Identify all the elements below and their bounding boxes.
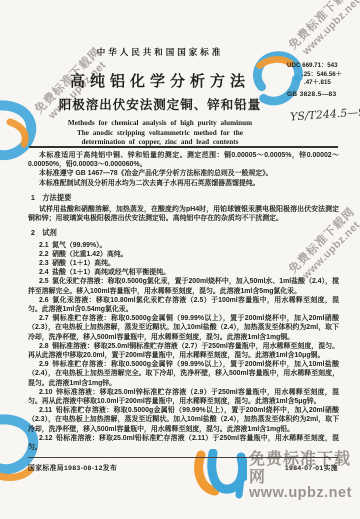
- reagent-number: 2.2: [39, 251, 49, 258]
- footer-divider: [28, 457, 338, 458]
- reagent-number: 2.1: [39, 242, 49, 249]
- reagent-item: 2.12 铅标准溶液：移取25.0ml铅标准贮存溶液（2.11）于250ml容量…: [28, 434, 339, 452]
- section2-heading: 2 试剂: [28, 228, 339, 237]
- title-chinese-line1: 高纯铝化学分析方法: [18, 70, 302, 91]
- footer-effective-date: 1984-07-01实施: [285, 462, 338, 472]
- title-english-line1: Methods for chemical analysis of high pu…: [18, 119, 302, 129]
- reagent-item: 2.9 锌标准贮存溶液：称取0.5000g金属锌（99.99%以上），置于200…: [28, 360, 339, 388]
- reagent-number: 2.11: [39, 407, 52, 414]
- intro-paragraph-scope: 本标准适用于高纯铝中铜、锌和铅量的测定。测定范围：铜0.00005～0.0005…: [28, 151, 339, 169]
- udc-line1: UDC 669.71：543: [287, 62, 359, 71]
- reagent-number: 2.9: [39, 361, 49, 368]
- reagent-item: 2.2 硝酸（比重1.42）高纯。: [28, 250, 339, 259]
- document-body: 本标准适用于高纯铝中铜、锌和铅量的测定。测定范围：铜0.00005～0.0005…: [28, 151, 339, 452]
- footer-watermark-text: 免费标准下载网 www.upbz.net: [249, 451, 360, 502]
- reagent-number: 2.7: [39, 315, 49, 322]
- reagent-number: 2.5: [39, 278, 49, 285]
- reagent-number: 2.12: [39, 435, 52, 442]
- reagent-number: 2.3: [39, 260, 49, 267]
- intro-paragraph-water: 本标准配制试剂及分析用水均为二次去离子水再用石英蒸馏器蒸馏提纯。: [28, 179, 339, 188]
- title-chinese-line2: 阳极溶出伏安法测定铜、锌和铅量: [18, 95, 302, 113]
- title-english: Methods for chemical analysis of high pu…: [18, 119, 302, 148]
- udc-line3: .47＋.815: [287, 79, 359, 88]
- title-divider: [29, 146, 338, 148]
- section1-heading: 1 方法提要: [28, 193, 339, 202]
- section1-body: 试样用盐酸和硝酸溶解，加热蒸发，在酸度约为pH4时，用铂球镀银汞膜电极阳极溶出伏…: [28, 205, 339, 223]
- reagent-item: 2.6 氯化汞溶液：移取10.80ml氯化汞贮存溶液（2.5）于100ml容量瓶…: [28, 296, 339, 314]
- reagent-item: 2.4 盐酸（1＋1）高纯或经气相平衡提纯。: [28, 268, 339, 277]
- reagent-item: 2.8 铜标准溶液：移取25.0ml铜标准贮存溶液（2.7）于250ml容量瓶中…: [28, 342, 339, 360]
- reagent-item: 2.3 硝酸（1＋1）高纯。: [28, 259, 339, 268]
- document-header: 中华人民共和国国家标准 高纯铝化学分析方法 阳极溶出伏安法测定铜、锌和铅量 Me…: [18, 46, 302, 148]
- reagent-item: 2.7 铜标准贮存溶液：称取0.5000g金属铜（99.99%以上），置于200…: [28, 314, 339, 342]
- reagent-number: 2.6: [39, 297, 49, 304]
- scanned-standard-page: 免费标准下载网 www.upbz.net 免费标准下载网 www.upbz.ne…: [0, 0, 360, 519]
- udc-line2: .25：546.56＋: [287, 71, 359, 80]
- intro-paragraph-reference: 本标准遵守 GB 1467—78《冶金产品化学分析方法标准的总则及一般规定》。: [28, 169, 339, 178]
- reagent-list: 2.1 氮气（99.99%）。2.2 硝酸（比重1.42）高纯。2.3 硝酸（1…: [28, 241, 339, 453]
- title-english-line2: The anodic stripping voltammetric method…: [18, 129, 302, 139]
- reagent-item: 2.11 铅标准贮存溶液：称取0.5000g金属铅（99.99%以上），置于20…: [28, 406, 339, 434]
- national-standard-label: 中华人民共和国国家标准: [18, 46, 302, 58]
- standard-number: GB 3828.5—83: [287, 91, 359, 100]
- reagent-item: 2.5 氯化汞贮存溶液：称取0.5000g氯化汞，置于200ml烧杯中，加入50…: [28, 277, 339, 295]
- reagent-number: 2.10: [39, 389, 52, 396]
- reagent-item: 2.10 锌标准溶液：移取25.0ml锌标准贮存溶液（2.9）于250ml容量瓶…: [28, 388, 339, 406]
- reagent-item: 2.1 氮气（99.99%）。: [28, 241, 339, 250]
- footer-issued-date: 国家标准局1983-08-12发布: [28, 462, 117, 472]
- udc-block: UDC 669.71：543 .25：546.56＋ .47＋.815 GB 3…: [287, 62, 359, 99]
- reagent-number: 2.4: [39, 269, 49, 276]
- footer: 国家标准局1983-08-12发布 1984-07-01实施: [28, 462, 338, 472]
- watermark-site-url: www.upbz.net: [249, 486, 360, 502]
- reagent-number: 2.8: [39, 343, 49, 350]
